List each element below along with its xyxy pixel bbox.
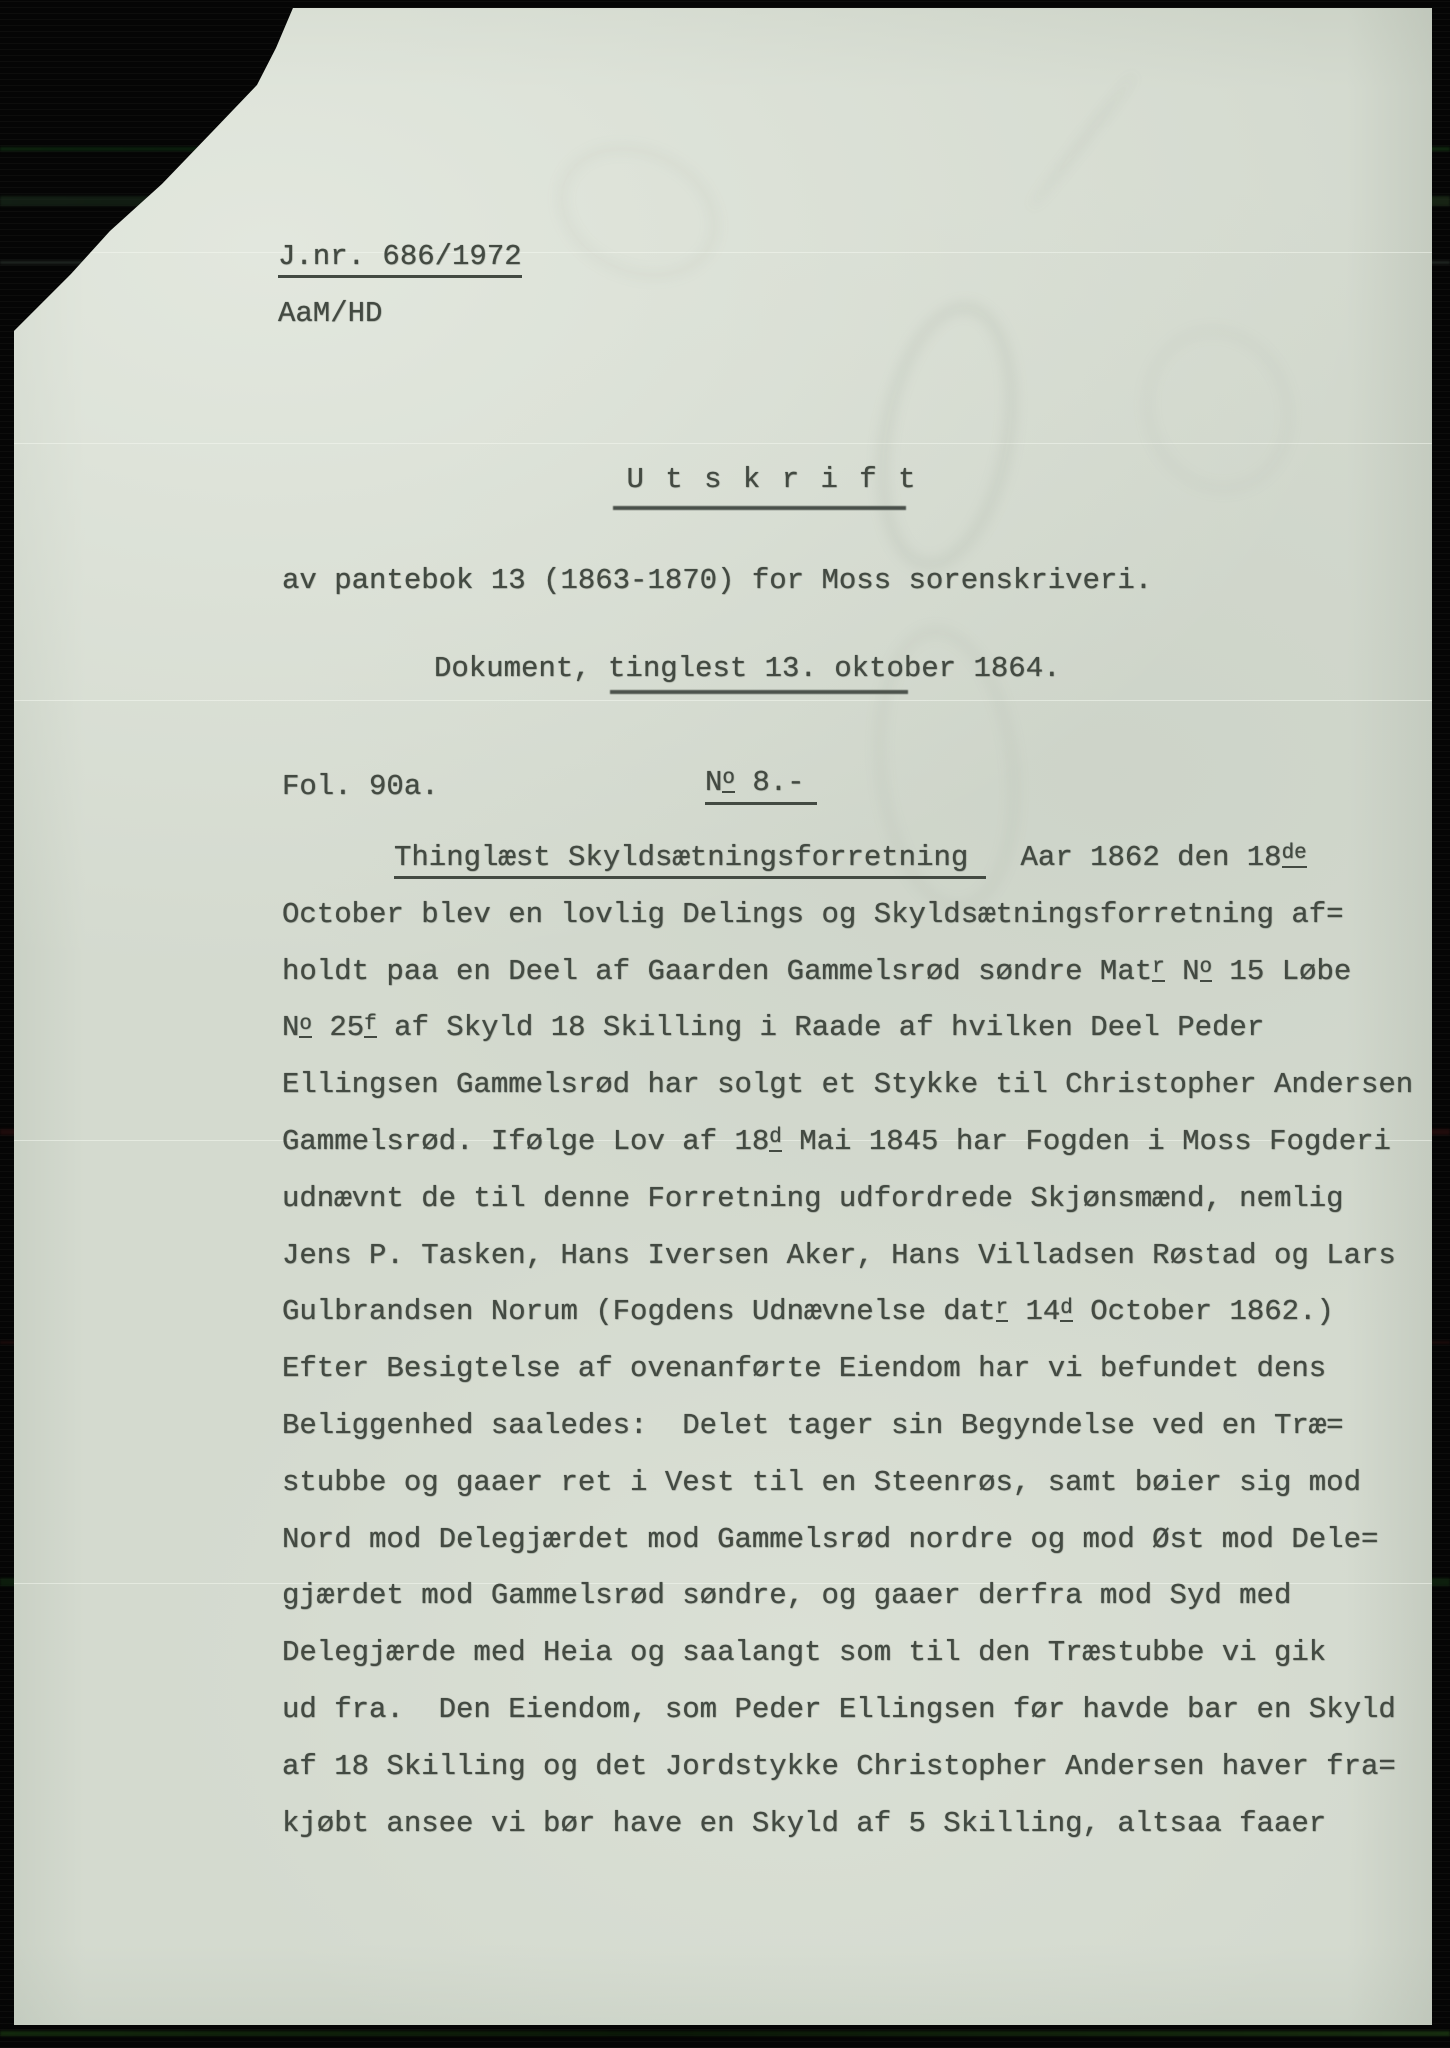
superscript-text: r xyxy=(1152,958,1165,982)
body-line: Gulbrandsen Norum (Fogdens Udnævnelse da… xyxy=(282,1295,1447,1352)
document-title: U t s k r i f t xyxy=(626,463,917,498)
superscript-text: r xyxy=(996,1299,1009,1323)
superscript-text: de xyxy=(1282,844,1307,868)
entry-number-text: No 8.- xyxy=(705,766,817,805)
body-line: ud fra. Den Eiendom, som Peder Ellingsen… xyxy=(282,1693,1447,1750)
body-text: Mai 1845 har Fogden i Moss Fogderi xyxy=(782,1125,1391,1158)
body-line: October blev en lovlig Delings og Skylds… xyxy=(282,898,1447,955)
subtitle-pantebok: av pantebok 13 (1863-1870) for Moss sore… xyxy=(282,564,1152,599)
body-text: 15 Løbe xyxy=(1212,955,1351,988)
body-text: October blev en lovlig Delings og Skylds… xyxy=(282,898,1344,931)
superscript-text: o xyxy=(1200,958,1213,982)
body-line: holdt paa en Deel af Gaarden Gammelsrød … xyxy=(282,955,1447,1012)
underlined-text: Thinglæst Skyldsætningsforretning xyxy=(394,841,986,879)
journal-number-text: J.nr. 686/1972 xyxy=(278,240,522,278)
scan-streak xyxy=(0,2031,1450,2036)
body-text: kjøbt ansee vi bør have en Skyld af 5 Sk… xyxy=(282,1807,1326,1840)
body-text: Beliggenhed saaledes: Delet tager sin Be… xyxy=(282,1409,1344,1442)
scan-artifact-line xyxy=(14,700,1432,701)
body-text: October 1862.) xyxy=(1073,1295,1334,1328)
document-body: Thinglæst Skyldsætningsforretning Aar 18… xyxy=(282,841,1447,1863)
body-text: af Skyld 18 Skilling i Raade af hvilken … xyxy=(377,1011,1265,1044)
body-text: Nord mod Delegjærdet mod Gammelsrød nord… xyxy=(282,1523,1378,1556)
body-text: N xyxy=(705,766,722,799)
body-line: gjærdet mod Gammelsrød søndre, og gaaer … xyxy=(282,1579,1447,1636)
superscript-text: d xyxy=(769,1128,782,1152)
body-line: af 18 Skilling og det Jordstykke Christo… xyxy=(282,1750,1447,1807)
ink-bleed-mark xyxy=(1122,307,1315,513)
title-underline xyxy=(613,506,906,510)
superscript-text: d xyxy=(1060,1299,1073,1323)
section-divider xyxy=(610,690,908,694)
body-text: gjærdet mod Gammelsrød søndre, og gaaer … xyxy=(282,1579,1291,1612)
body-line: Gammelsrød. Ifølge Lov af 18d Mai 1845 h… xyxy=(282,1125,1447,1182)
superscript-text: f xyxy=(364,1015,377,1039)
body-text: 14 xyxy=(1008,1295,1060,1328)
body-text: ud fra. Den Eiendom, som Peder Ellingsen… xyxy=(282,1693,1396,1726)
folio-reference: Fol. 90a. xyxy=(282,770,439,805)
body-text: af 18 Skilling og det Jordstykke Christo… xyxy=(282,1750,1396,1783)
body-line: Beliggenhed saaledes: Delet tager sin Be… xyxy=(282,1409,1447,1466)
ink-bleed-mark xyxy=(535,119,741,304)
body-text: stubbe og gaaer ret i Vest til en Steenr… xyxy=(282,1466,1361,1499)
paper: J.nr. 686/1972 AaM/HD U t s k r i f t av… xyxy=(14,8,1432,2025)
ink-bleed-mark xyxy=(1028,72,1137,210)
body-line: udnævnt de til denne Forretning udfordre… xyxy=(282,1182,1447,1239)
body-text: Gammelsrød. Ifølge Lov af 18 xyxy=(282,1125,769,1158)
body-text: Jens P. Tasken, Hans Iversen Aker, Hans … xyxy=(282,1239,1396,1272)
body-line: Efter Besigtelse af ovenanførte Eiendom … xyxy=(282,1352,1447,1409)
ink-bleed-mark xyxy=(857,290,1036,581)
journal-number: J.nr. 686/1972 xyxy=(278,240,522,275)
body-line: stubbe og gaaer ret i Vest til en Steenr… xyxy=(282,1466,1447,1523)
body-text: 25 xyxy=(312,1011,364,1044)
subtitle-dokument: Dokument, tinglest 13. oktober 1864. xyxy=(434,652,1061,687)
body-line: Thinglæst Skyldsætningsforretning Aar 18… xyxy=(282,841,1447,898)
body-line: Delegjærde med Heia og saalangt som til … xyxy=(282,1636,1447,1693)
author-initials: AaM/HD xyxy=(278,297,382,332)
scan-artifact-line xyxy=(14,252,1432,253)
body-line: kjøbt ansee vi bør have en Skyld af 5 Sk… xyxy=(282,1807,1447,1864)
body-text: Delegjærde med Heia og saalangt som til … xyxy=(282,1636,1326,1669)
superscript-text: o xyxy=(722,769,735,793)
body-text: udnævnt de til denne Forretning udfordre… xyxy=(282,1182,1344,1215)
superscript-text: o xyxy=(299,1015,312,1039)
body-text: holdt paa en Deel af Gaarden Gammelsrød … xyxy=(282,955,1152,988)
body-text: Aar 1862 den 18 xyxy=(986,841,1282,874)
entry-number: No 8.- xyxy=(705,766,817,801)
body-line: Nord mod Delegjærdet mod Gammelsrød nord… xyxy=(282,1523,1447,1580)
scan-background: J.nr. 686/1972 AaM/HD U t s k r i f t av… xyxy=(0,0,1450,2048)
body-text: N xyxy=(282,1011,299,1044)
body-text: Efter Besigtelse af ovenanførte Eiendom … xyxy=(282,1352,1326,1385)
body-text: Ellingsen Gammelsrød har solgt et Stykke… xyxy=(282,1068,1413,1101)
body-text: Gulbrandsen Norum (Fogdens Udnævnelse da… xyxy=(282,1295,996,1328)
body-line: No 25f af Skyld 18 Skilling i Raade af h… xyxy=(282,1011,1447,1068)
body-line: Jens P. Tasken, Hans Iversen Aker, Hans … xyxy=(282,1239,1447,1296)
body-line: Ellingsen Gammelsrød har solgt et Stykke… xyxy=(282,1068,1447,1125)
body-text: N xyxy=(1165,955,1200,988)
body-text: 8.- xyxy=(735,766,805,799)
